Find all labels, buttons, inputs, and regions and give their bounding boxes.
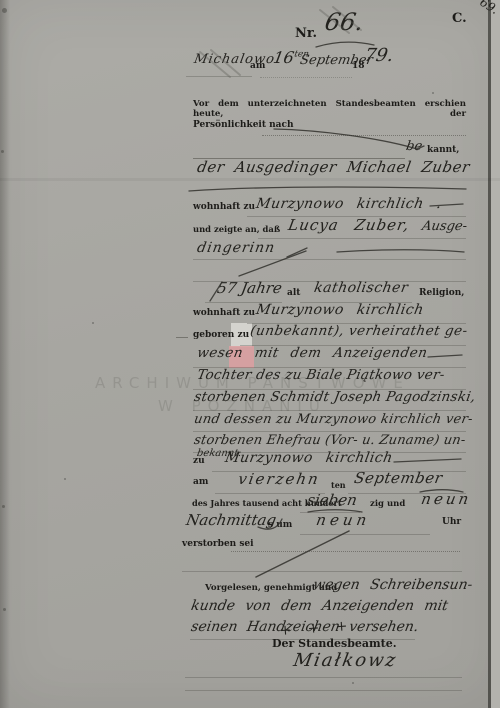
form-rule — [300, 534, 430, 535]
form-rule — [186, 76, 252, 77]
paper-speck — [2, 505, 5, 508]
page-right-margin — [491, 0, 500, 708]
death-date-ten-label: ten — [331, 481, 346, 489]
paper-speck — [3, 608, 6, 611]
record-number-value: 66. — [323, 10, 365, 34]
birthplace-label: geboren zu — [193, 331, 249, 340]
religion-label: Religion, — [419, 289, 464, 298]
page-binding-edge — [488, 0, 491, 708]
form-rule — [193, 259, 466, 260]
deceased-occupation-part2: dingerinn — [196, 241, 276, 255]
occupation-dash1-stroke — [287, 248, 307, 257]
paper-speck — [2, 8, 7, 13]
death-register-scan: ARCHIWUM PAŃSTWOWE W POZNANIU 69. C. Nr.… — [0, 0, 500, 708]
closing-handwritten-line2: kunde von dem Anzeigenden mit — [190, 599, 449, 613]
death-year-tens: sieben — [306, 493, 358, 508]
death-year-zig-und-label: zig und — [370, 500, 405, 509]
known-printed-suffix: kannt, — [427, 146, 459, 155]
intro-line1: Vor dem unterzeichneten Standesbeamten e… — [193, 99, 466, 120]
deceased-age: 57 Jahre — [216, 281, 283, 296]
death-place-dash-stroke — [394, 459, 461, 462]
series-letter: C. — [452, 12, 467, 25]
form-rule — [260, 77, 352, 78]
death-date-month: September — [353, 471, 444, 486]
declarant-name-line: der Ausgedinger Michael Zuber — [196, 160, 471, 175]
page-left-shadow — [0, 0, 10, 708]
record-number-label: Nr. — [295, 27, 317, 40]
paper-speck — [64, 478, 66, 480]
deceased-occupation-part1: Ausge- — [421, 220, 468, 233]
form-rule — [193, 410, 466, 411]
signature-rule — [185, 677, 462, 678]
registrar-signature: Miałkowz — [292, 652, 399, 670]
deceased-residence-label: wohnhaft zu — [193, 309, 255, 318]
birthplace-value: (unbekannt), verheirathet ge- — [249, 325, 469, 339]
verstorben-label: verstorben sei — [182, 540, 254, 549]
dateline-am-label: am — [250, 62, 265, 71]
paper-speck — [1, 150, 4, 153]
death-date-day: vierzehn — [237, 472, 321, 487]
report-label: und zeigte an, daß — [193, 225, 280, 233]
handzeichen-marks: + + + — [279, 619, 354, 638]
mother-line1: und dessen zu Murzynowo kirchlich ver- — [193, 413, 474, 426]
father-line: storbenen Schmidt Joseph Pagodzinski, — [193, 391, 477, 405]
occupation-dash2-stroke — [337, 250, 464, 252]
form-rule — [182, 571, 462, 572]
form-rule — [231, 551, 460, 552]
declarant-underline-stroke — [189, 187, 466, 191]
form-rule — [193, 431, 466, 432]
known-handwritten-prefix: be — [405, 140, 423, 153]
deceased-religion: katholischer — [313, 281, 409, 295]
marriage-line: wesen mit dem Anzeigenden — [196, 347, 428, 361]
death-place-label: zu — [193, 457, 205, 466]
closing-handwritten-line1: wegen Schreibensun- — [312, 578, 474, 592]
paper-speck — [352, 682, 354, 684]
death-time-s-um-label: s um — [268, 521, 292, 530]
deceased-residence-value: Murzynowo kirchlich — [255, 303, 425, 317]
form-rule — [262, 135, 466, 136]
paper-crease — [0, 178, 500, 181]
anzeigenden-dash-stroke — [428, 355, 462, 357]
paper-speck — [92, 322, 94, 324]
declarant-residence-label: wohnhaft zu — [193, 203, 255, 212]
parentage-line1: Tochter des zu Biale Piątkowo ver- — [196, 369, 446, 383]
death-place-value: Murzynowo kirchlich — [224, 451, 394, 465]
dateline-day-number: 16 — [272, 48, 296, 67]
mother-line2: storbenen Ehefrau (Vor- u. Zuname) un- — [193, 434, 467, 447]
death-year-ones: neun — [420, 492, 473, 507]
age-label: alt — [287, 289, 300, 298]
declarant-residence-value: Murzynowo kirchlich . — [255, 197, 443, 211]
dateline-year-written: 79. — [363, 47, 395, 65]
death-time-hour: neun — [315, 513, 372, 528]
margin-dash — [176, 337, 188, 338]
death-time-uhr-label: Uhr — [442, 518, 461, 527]
paper-speck — [432, 92, 434, 94]
personalia-blank-stroke — [274, 129, 424, 149]
form-rule — [185, 690, 462, 691]
form-rule — [258, 238, 466, 239]
death-date-am-label: am — [193, 478, 208, 487]
deceased-name: Lucya Zuber, — [287, 218, 411, 233]
registrar-title: Der Standesbeamte. — [272, 638, 397, 649]
death-time-period: Nachmittag — [185, 513, 277, 528]
intro-personlichkeit-label: Persönlichkeit nach — [193, 121, 294, 130]
